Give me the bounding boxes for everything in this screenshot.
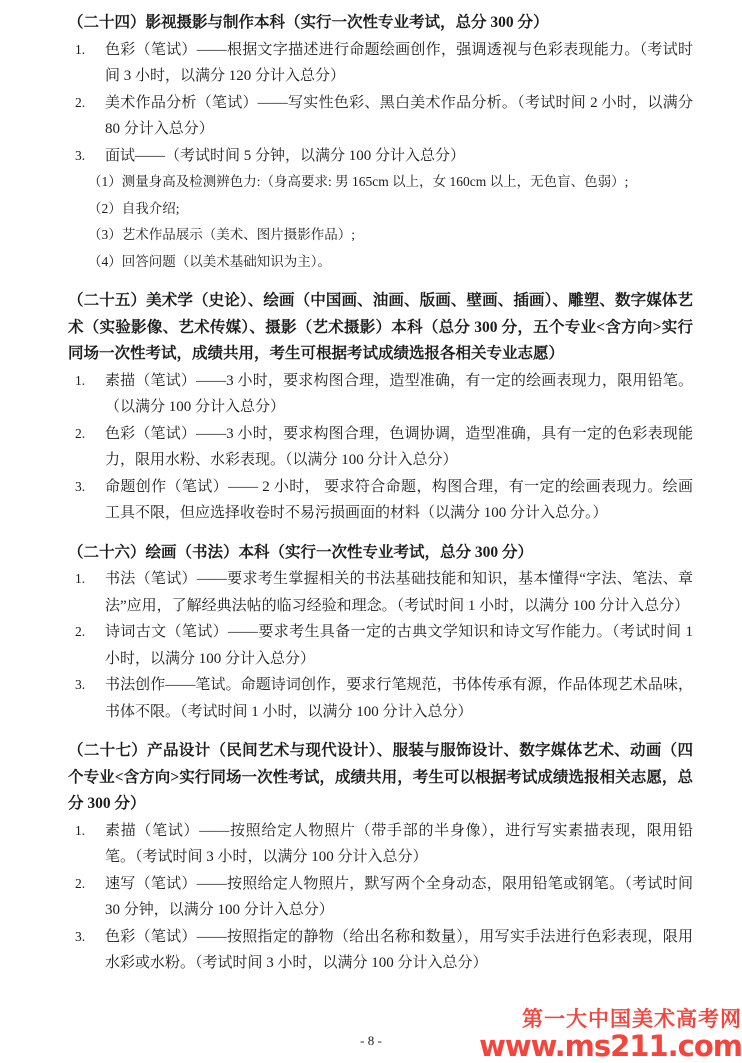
interview-subitem: （3）艺术作品展示（美术、图片摄影作品）; (68, 222, 693, 249)
exam-item: 1. 色彩（笔试）——根据文字描述进行命题绘画创作，强调透视与色彩表现能力。（考… (68, 37, 693, 90)
section-26: （二十六）绘画（书法）本科（实行一次性专业考试，总分 300 分） 1. 书法（… (68, 540, 693, 726)
item-number: 2. (75, 619, 85, 646)
exam-item: 1. 书法（笔试）——要求考生掌握相关的书法基础技能和知识，基本懂得“字法、笔法… (68, 566, 693, 619)
item-text: 书法（笔试）——要求考生掌握相关的书法基础技能和知识，基本懂得“字法、笔法、章法… (105, 571, 693, 614)
exam-item: 1. 素描（笔试）——按照给定人物照片（带手部的半身像），进行写实素描表现，限用… (68, 818, 693, 871)
item-number: 3. (75, 143, 85, 170)
exam-item: 3. 色彩（笔试）——按照指定的静物（给出名称和数量），用写实手法进行色彩表现，… (68, 924, 693, 977)
interview-subitem: （1）测量身高及检测辨色力:（身高要求: 男 165cm 以上，女 160cm … (68, 169, 693, 196)
item-number: 1. (75, 37, 85, 64)
item-number: 2. (75, 421, 85, 448)
footer-page-number: - 8 - (0, 1033, 742, 1049)
section-heading: （二十五）美术学（史论）、绘画（中国画、油画、版画、壁画、插画）、雕塑、数字媒体… (68, 288, 693, 368)
item-text: 面试——（考试时间 5 分钟，以满分 100 分计入总分） (105, 148, 465, 164)
item-text: 色彩（笔试）——根据文字描述进行命题绘画创作，强调透视与色彩表现能力。（考试时间… (105, 42, 693, 85)
item-text: 命题创作（笔试）—— 2 小时， 要求符合命题，构图合理，有一定的绘画表现力。绘… (105, 479, 693, 522)
section-24: （二十四）影视摄影与制作本科（实行一次性专业考试，总分 300 分） 1. 色彩… (68, 10, 693, 275)
item-number: 3. (75, 672, 85, 699)
exam-item: 2. 美术作品分析（笔试）——写实性色彩、黑白美术作品分析。（考试时间 2 小时… (68, 90, 693, 143)
section-heading: （二十四）影视摄影与制作本科（实行一次性专业考试，总分 300 分） (68, 10, 693, 37)
item-text: 美术作品分析（笔试）——写实性色彩、黑白美术作品分析。（考试时间 2 小时，以满… (105, 95, 693, 138)
item-number: 3. (75, 924, 85, 951)
exam-item: 3. 面试——（考试时间 5 分钟，以满分 100 分计入总分） (68, 143, 693, 170)
item-text: 素描（笔试）——按照给定人物照片（带手部的半身像），进行写实素描表现，限用铅笔。… (105, 823, 693, 866)
section-27: （二十七）产品设计（民间艺术与现代设计）、服装与服饰设计、数字媒体艺术、动画（四… (68, 738, 693, 977)
item-text: 色彩（笔试）——3 小时，要求构图合理，色调协调，造型准确，具有一定的色彩表现能… (105, 426, 693, 469)
exam-item: 3. 书法创作——笔试。命题诗词创作，要求行笔规范，书体传承有源，作品体现艺术品… (68, 672, 693, 725)
section-heading: （二十六）绘画（书法）本科（实行一次性专业考试，总分 300 分） (68, 540, 693, 567)
item-text: 书法创作——笔试。命题诗词创作，要求行笔规范，书体传承有源，作品体现艺术品味，书… (105, 677, 693, 720)
watermark-site-name: 第一大中国美术高考网 (479, 1009, 742, 1031)
item-number: 1. (75, 818, 85, 845)
item-number: 1. (75, 566, 85, 593)
item-number: 2. (75, 90, 85, 117)
item-text: 素描（笔试）——3 小时，要求构图合理，造型准确，有一定的绘画表现力，限用铅笔。… (105, 373, 693, 416)
section-25: （二十五）美术学（史论）、绘画（中国画、油画、版画、壁画、插画）、雕塑、数字媒体… (68, 288, 693, 527)
item-number: 1. (75, 368, 85, 395)
interview-subitem: （4）回答问题（以美术基础知识为主）。 (68, 249, 693, 276)
item-number: 2. (75, 871, 85, 898)
exam-item: 3. 命题创作（笔试）—— 2 小时， 要求符合命题，构图合理，有一定的绘画表现… (68, 474, 693, 527)
item-text: 色彩（笔试）——按照指定的静物（给出名称和数量），用写实手法进行色彩表现，限用水… (105, 929, 693, 972)
exam-item: 2. 速写（笔试）——按照给定人物照片，默写两个全身动态，限用铅笔或钢笔。（考试… (68, 871, 693, 924)
item-number: 3. (75, 474, 85, 501)
item-text: 诗词古文（笔试）——要求考生具备一定的古典文学知识和诗文写作能力。（考试时间 1… (105, 624, 693, 667)
interview-subitem: （2）自我介绍; (68, 196, 693, 223)
exam-item: 1. 素描（笔试）——3 小时，要求构图合理，造型准确，有一定的绘画表现力，限用… (68, 368, 693, 421)
document-page: （二十四）影视摄影与制作本科（实行一次性专业考试，总分 300 分） 1. 色彩… (68, 10, 693, 977)
item-text: 速写（笔试）——按照给定人物照片，默写两个全身动态，限用铅笔或钢笔。（考试时间 … (105, 876, 693, 919)
exam-item: 2. 色彩（笔试）——3 小时，要求构图合理，色调协调，造型准确，具有一定的色彩… (68, 421, 693, 474)
section-heading: （二十七）产品设计（民间艺术与现代设计）、服装与服饰设计、数字媒体艺术、动画（四… (68, 738, 693, 818)
exam-item: 2. 诗词古文（笔试）——要求考生具备一定的古典文学知识和诗文写作能力。（考试时… (68, 619, 693, 672)
